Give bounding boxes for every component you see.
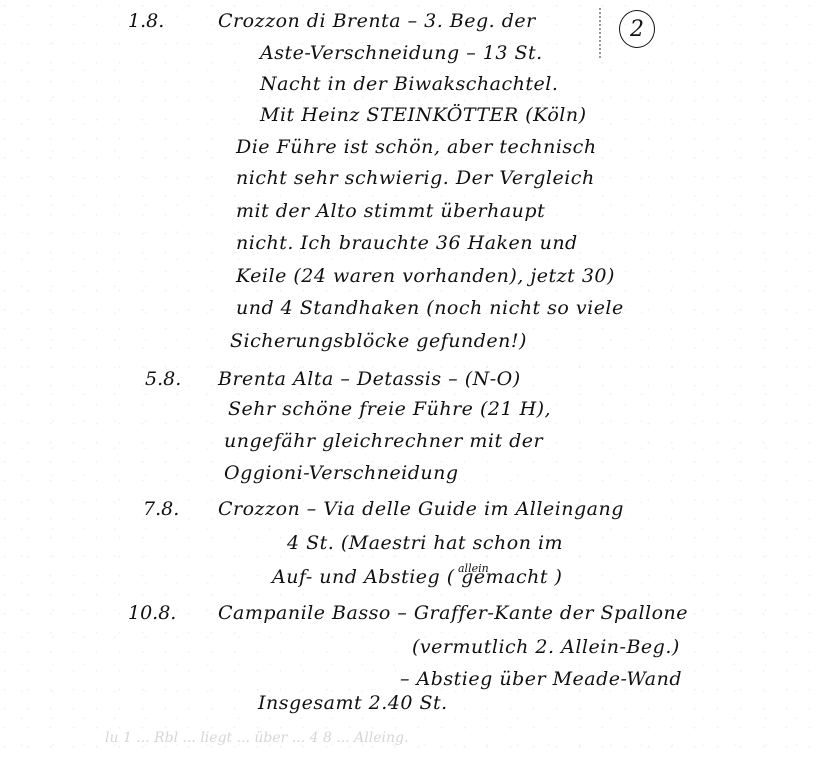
entry-line: Aste-Verschneidung – 13 St. bbox=[260, 42, 543, 64]
entry-line: Oggioni-Verschneidung bbox=[224, 462, 459, 484]
entry-line: Mit Heinz STEINKÖTTER (Köln) bbox=[260, 104, 587, 126]
entry-line: nicht. Ich brauchte 36 Haken und bbox=[236, 232, 578, 254]
entry-line: Crozzon – Via delle Guide im Alleingang bbox=[218, 498, 624, 520]
entry-date: 5.8. bbox=[145, 368, 181, 390]
entry-line: Crozzon di Brenta – 3. Beg. der bbox=[218, 10, 536, 32]
entry-line: ungefähr gleichrechner mit der bbox=[224, 430, 543, 452]
page-number: 2 bbox=[630, 17, 644, 42]
entry-line: – Abstieg über Meade-Wand bbox=[400, 668, 682, 690]
entry-line: 4 St. (Maestri hat schon im bbox=[287, 532, 563, 554]
inserted-word: allein bbox=[458, 562, 489, 575]
entry-line: Auf- und Abstieg ( gemacht ) bbox=[272, 566, 562, 588]
entry-line: und 4 Standhaken (noch nicht so viele bbox=[236, 297, 624, 319]
page-number-circle: 2 bbox=[619, 10, 655, 48]
entry-date: 7.8. bbox=[143, 498, 179, 520]
entry-line: Brenta Alta – Detassis – (N-O) bbox=[218, 368, 521, 390]
entry-line: Keile (24 waren vorhanden), jetzt 30) bbox=[236, 265, 615, 287]
entry-line: Sicherungsblöcke gefunden!) bbox=[230, 330, 527, 352]
entry-line: Nacht in der Biwakschachtel. bbox=[260, 73, 558, 95]
entry-line: (vermutlich 2. Allein-Beg.) bbox=[412, 636, 680, 658]
entry-line: Sehr schöne freie Führe (21 H), bbox=[228, 398, 551, 420]
entry-line: mit der Alto stimmt überhaupt bbox=[236, 200, 545, 222]
entry-line: Die Führe ist schön, aber technisch bbox=[236, 136, 597, 158]
scanned-diary-page: 2 1.8. Crozzon di Brenta – 3. Beg. der A… bbox=[0, 0, 818, 761]
margin-fold-mark bbox=[599, 8, 603, 58]
entry-line: Insgesamt 2.40 St. bbox=[258, 692, 448, 714]
bleedthrough-text: lu 1 ... Rbl ... liegt ... über ... 4 8 … bbox=[105, 730, 408, 746]
entry-line: Campanile Basso – Graffer-Kante der Spal… bbox=[218, 602, 688, 624]
entry-date: 1.8. bbox=[128, 10, 164, 32]
entry-date: 10.8. bbox=[128, 602, 176, 624]
entry-line: nicht sehr schwierig. Der Vergleich bbox=[236, 167, 595, 189]
